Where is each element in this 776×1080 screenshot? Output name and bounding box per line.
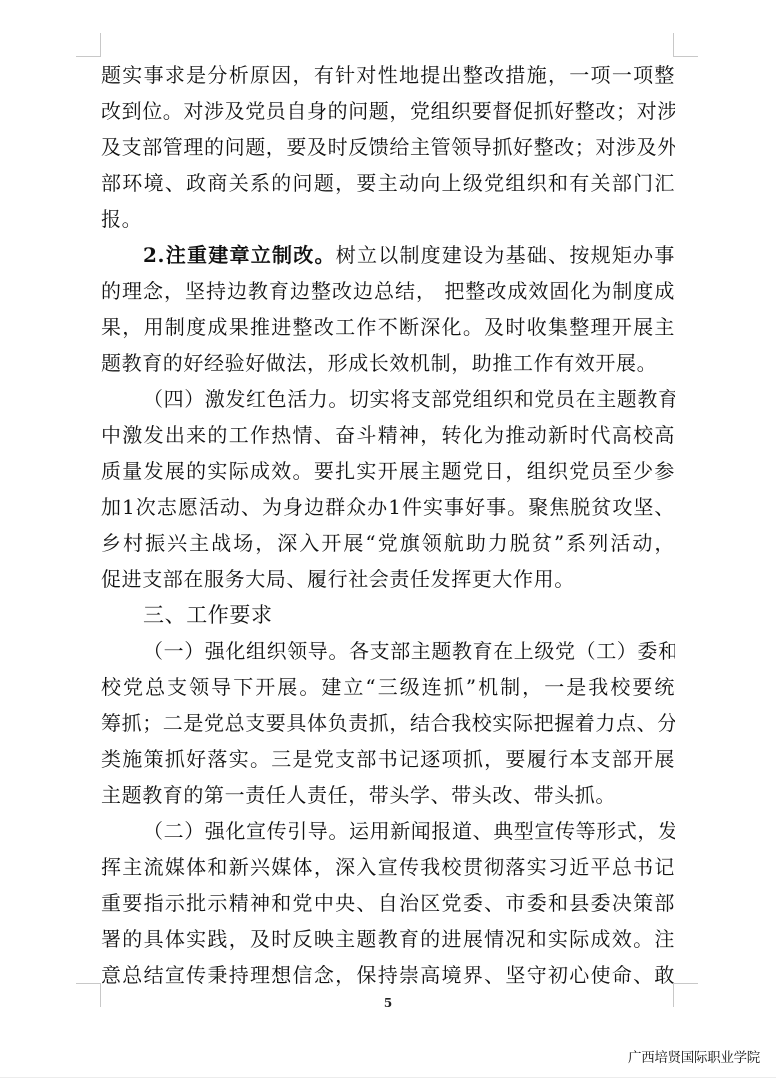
paragraph-line: 挥主流媒体和新兴媒体，深入宣传我校贯彻落实习近平总书记 [101,849,675,885]
paragraph-line: 题实事求是分析原因，有针对性地提出整改措施，一项一项整 [101,57,675,93]
paragraph-line: 加1次志愿活动、为身边群众办1件实事好事。聚焦脱贫攻坚、 [101,489,675,525]
paragraph-line: 筹抓；二是党总支要具体负责抓，结合我校实际把握着力点、分 [101,705,675,741]
crop-mark-top-left [76,33,101,57]
paragraph-line: 改到位。对涉及党员自身的问题，党组织要督促抓好整改；对涉 [101,93,675,129]
paragraph-2-bold-lead: 2.注重建章立制改。 [143,243,336,267]
paragraph-line: 署的具体实践，及时反映主题教育的进展情况和实际成效。注 [101,921,675,957]
subsection-2-first-line: （二）强化宣传引导。运用新闻报道、典型宣传等形式，发 [101,813,675,849]
crop-mark-bottom-left [76,983,101,1007]
paragraph-line: 及支部管理的问题，要及时反馈给主管领导抓好整改；对涉及外 [101,129,675,165]
page-number: 5 [382,996,394,1010]
paragraph-line: 校党总支领导下开展。建立“三级连抓”机制，一是我校要统 [101,669,675,705]
paragraph-line: 乡村振兴主战场，深入开展“党旗领航助力脱贫”系列活动， [101,525,675,561]
paragraph-line: 报。 [101,201,675,237]
paragraph-4-first-line: （四）激发红色活力。切实将支部党组织和党员在主题教育 [101,381,675,417]
bottom-divider [0,1077,776,1078]
paragraph-2-rest: 树立以制度建设为基础、按规矩办事 [336,243,675,267]
paragraph-line: 促进支部在服务大局、履行社会责任发挥更大作用。 [101,561,675,597]
paragraph-line: 果，用制度成果推进整改工作不断深化。及时收集整理开展主 [101,309,675,345]
paragraph-line: 中激发出来的工作热情、奋斗精神，转化为推动新时代高校高 [101,417,675,453]
document-page: 题实事求是分析原因，有针对性地提出整改措施，一项一项整 改到位。对涉及党员自身的… [0,0,776,1080]
section-heading: 三、工作要求 [101,597,675,633]
paragraph-line: 的理念，坚持边教育边整改边总结， 把整改成效固化为制度成 [101,273,675,309]
crop-mark-top-right [673,33,698,57]
document-body: 题实事求是分析原因，有针对性地提出整改措施，一项一项整 改到位。对涉及党员自身的… [101,57,675,993]
paragraph-line: 质量发展的实际成效。要扎实开展主题党日，组织党员至少参 [101,453,675,489]
institution-watermark: 广西培贤国际职业学院 [628,1046,760,1066]
paragraph-line: 意总结宣传秉持理想信念，保持崇高境界、坚守初心使命、敢 [101,957,675,993]
crop-mark-bottom-right [673,983,698,1007]
paragraph-line: 类施策抓好落实。三是党支部书记逐项抓，要履行本支部开展 [101,741,675,777]
paragraph-2-first-line: 2.注重建章立制改。树立以制度建设为基础、按规矩办事 [101,237,675,273]
paragraph-line: 主题教育的第一责任人责任，带头学、带头改、带头抓。 [101,777,675,813]
paragraph-line: 部环境、政商关系的问题，要主动向上级党组织和有关部门汇 [101,165,675,201]
subsection-1-first-line: （一）强化组织领导。各支部主题教育在上级党（工）委和学 [101,633,675,669]
paragraph-line: 题教育的好经验好做法，形成长效机制，助推工作有效开展。 [101,345,675,381]
paragraph-line: 重要指示批示精神和党中央、自治区党委、市委和县委决策部 [101,885,675,921]
